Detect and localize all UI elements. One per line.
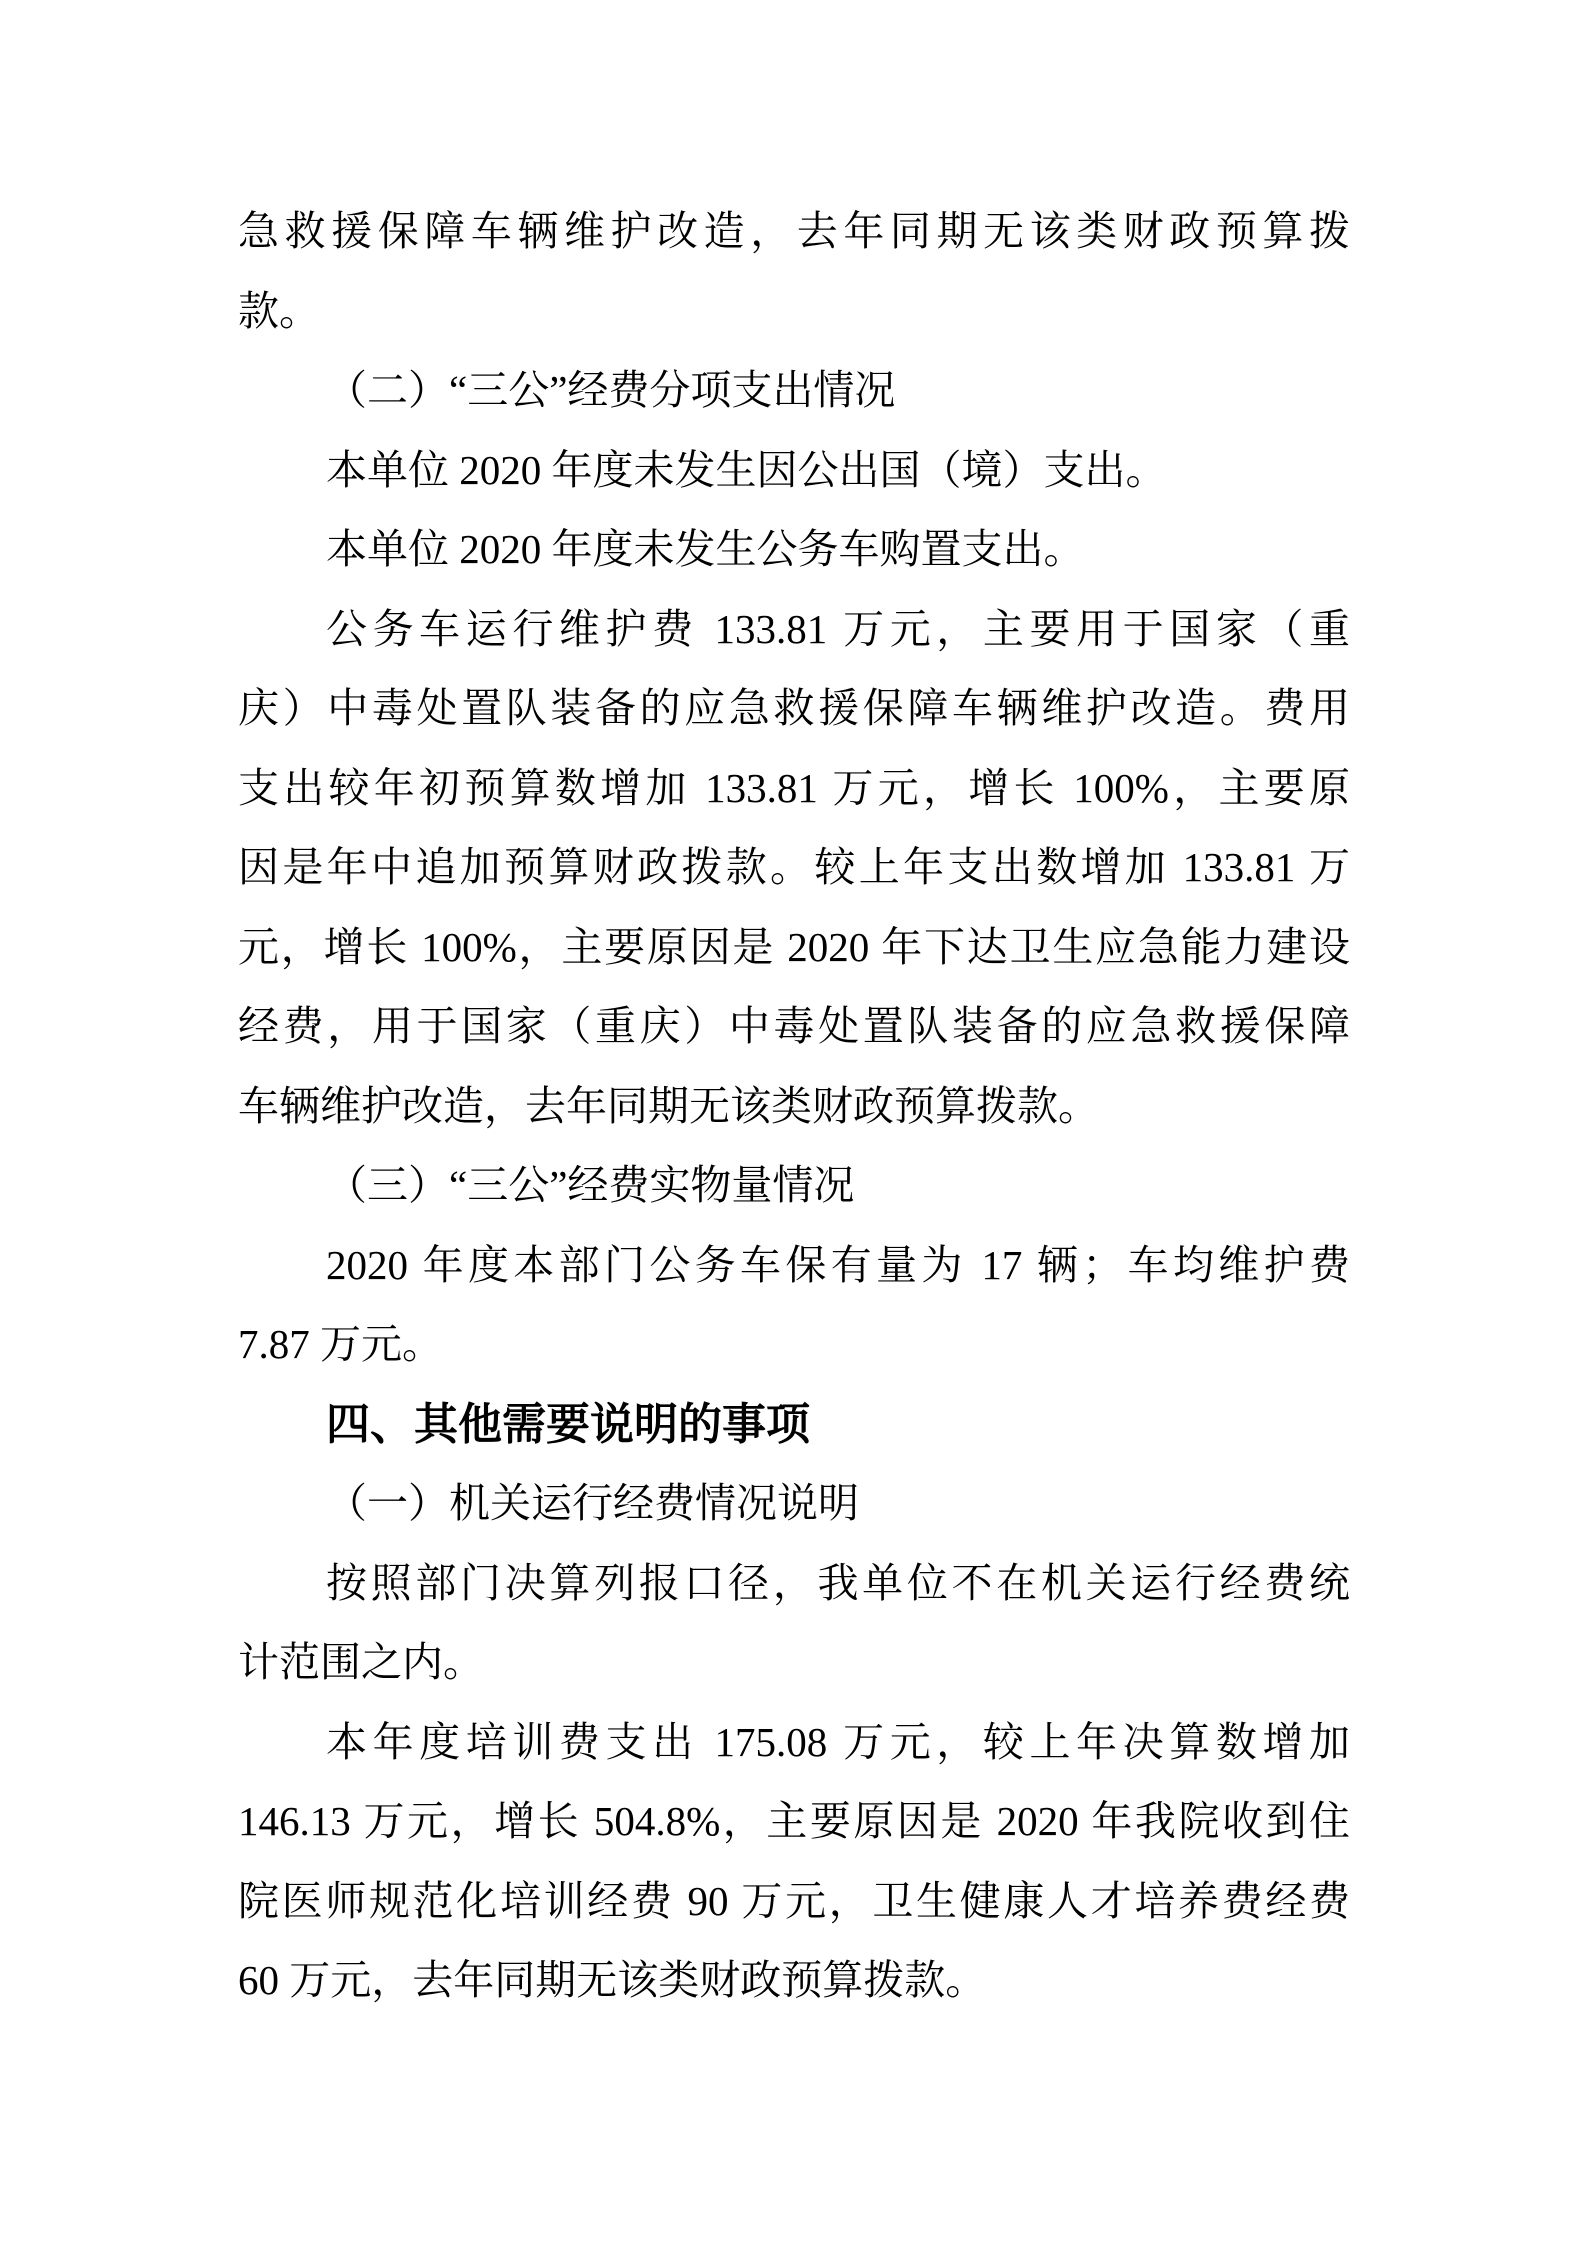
text-line: 因是年中追加预算财政拨款。较上年支出数增加 133.81 万 <box>238 828 1350 908</box>
text-line: 元，增长 100%，主要原因是 2020 年下达卫生应急能力建设 <box>238 908 1350 988</box>
text-line: 公务车运行维护费 133.81 万元，主要用于国家（重 <box>238 590 1350 670</box>
text-line: 支出较年初预算数增加 133.81 万元，增长 100%，主要原 <box>238 749 1350 829</box>
text-line: 计范围之内。 <box>238 1623 1350 1703</box>
text-line: 四、其他需要说明的事项 <box>238 1385 1350 1465</box>
text-line: 款。 <box>238 272 1350 352</box>
text-line: 车辆维护改造，去年同期无该类财政预算拨款。 <box>238 1067 1350 1147</box>
text-line: 146.13 万元，增长 504.8%，主要原因是 2020 年我院收到住 <box>238 1782 1350 1862</box>
text-line: 按照部门决算列报口径，我单位不在机关运行经费统 <box>238 1544 1350 1624</box>
document-page: 急救援保障车辆维护改造，去年同期无该类财政预算拨款。（二）“三公”经费分项支出情… <box>0 0 1588 2245</box>
text-line: 7.87 万元。 <box>238 1305 1350 1385</box>
text-line: （三）“三公”经费实物量情况 <box>238 1146 1350 1226</box>
text-line: （一）机关运行经费情况说明 <box>238 1464 1350 1544</box>
text-line: 院医师规范化培训经费 90 万元，卫生健康人才培养费经费 <box>238 1862 1350 1942</box>
text-line: 本单位 2020 年度未发生公务车购置支出。 <box>238 510 1350 590</box>
text-line: （二）“三公”经费分项支出情况 <box>238 351 1350 431</box>
text-line: 60 万元，去年同期无该类财政预算拨款。 <box>238 1941 1350 2021</box>
document-body: 急救援保障车辆维护改造，去年同期无该类财政预算拨款。（二）“三公”经费分项支出情… <box>238 192 1350 2021</box>
text-line: 急救援保障车辆维护改造，去年同期无该类财政预算拨 <box>238 192 1350 272</box>
text-line: 庆）中毒处置队装备的应急救援保障车辆维护改造。费用 <box>238 669 1350 749</box>
text-line: 本年度培训费支出 175.08 万元，较上年决算数增加 <box>238 1703 1350 1783</box>
text-line: 本单位 2020 年度未发生因公出国（境）支出。 <box>238 431 1350 511</box>
text-line: 经费，用于国家（重庆）中毒处置队装备的应急救援保障 <box>238 987 1350 1067</box>
text-line: 2020 年度本部门公务车保有量为 17 辆；车均维护费 <box>238 1226 1350 1306</box>
